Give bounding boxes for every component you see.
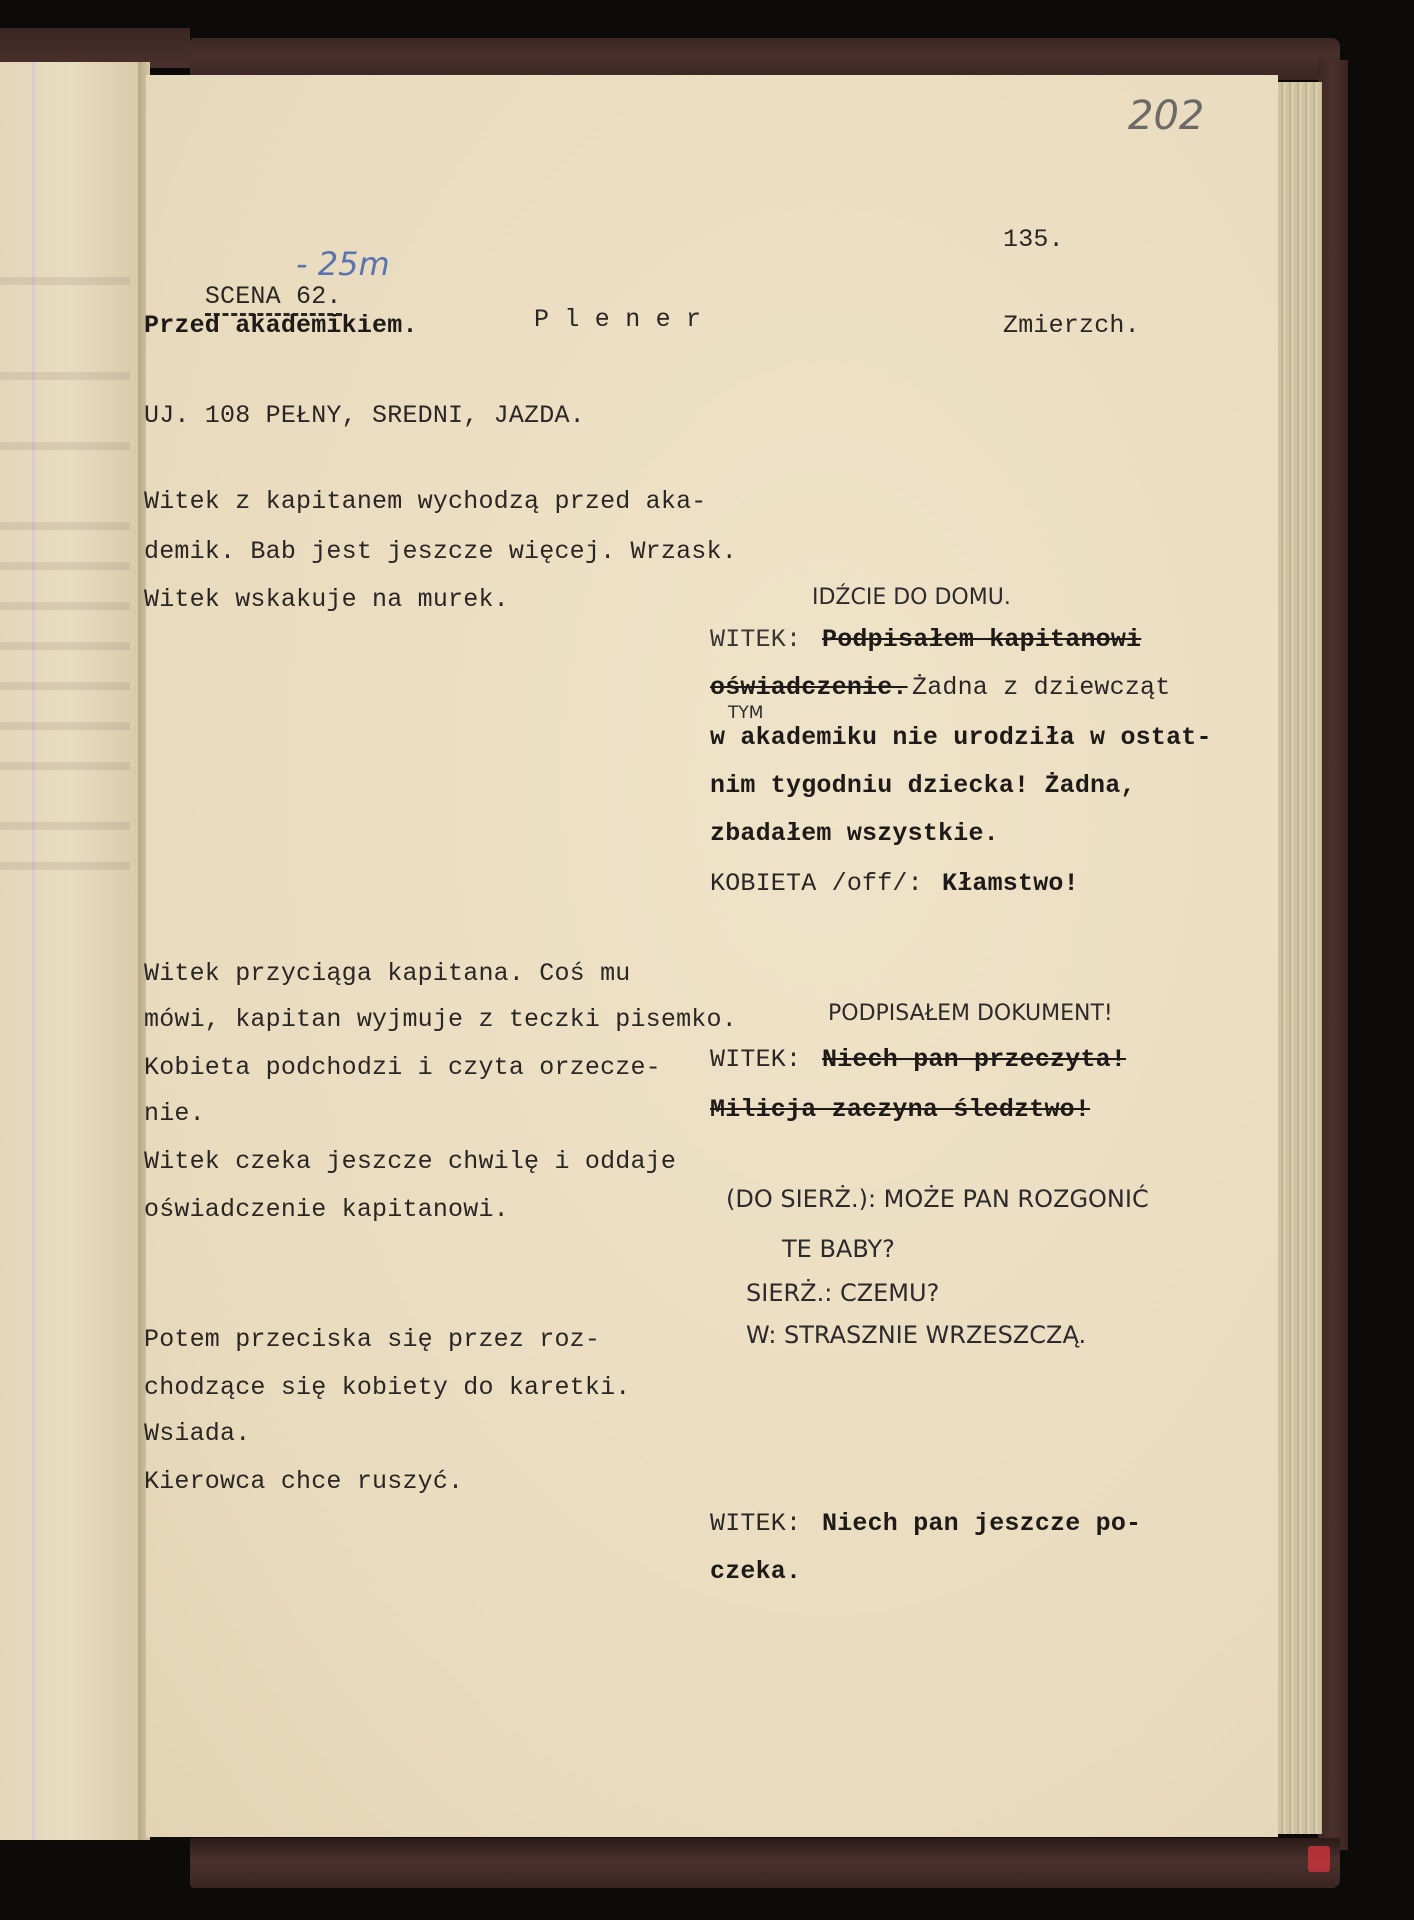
scene-duration-note: - 25m xyxy=(296,245,390,283)
dialogue-line: Żadna z dziewcząt xyxy=(912,673,1170,702)
bleed-through-line xyxy=(0,442,130,450)
dialogue-line: nim tygodniu dziecka! Żadna, xyxy=(710,771,1136,800)
bleed-through-line xyxy=(0,722,130,730)
bleed-through-line xyxy=(0,562,130,570)
book-cover-top xyxy=(190,38,1340,80)
action-line: Potem przeciska się przez roz- xyxy=(144,1325,600,1354)
scene-location: Przed akademikiem. xyxy=(144,311,418,340)
action-line: Witek wskakuje na murek. xyxy=(144,585,509,614)
action-line: Kierowca chce ruszyć. xyxy=(144,1467,463,1496)
book-cover-bottom xyxy=(190,1838,1340,1888)
action-line: Witek czeka jeszcze chwilę i oddaje xyxy=(144,1147,676,1176)
left-page-facing xyxy=(0,62,142,1840)
bleed-through-line xyxy=(0,372,130,380)
bleed-through-line xyxy=(0,277,130,285)
dialogue-speaker: WITEK: xyxy=(710,1509,801,1538)
handwritten-line: SIERŻ.: CZEMU? xyxy=(746,1279,939,1307)
handwritten-line: W: STRASZNIE WRZESZCZĄ. xyxy=(746,1321,1086,1349)
handwritten-line: TE BABY? xyxy=(782,1235,895,1263)
handwritten-insert: IDŹCIE DO DOMU. xyxy=(812,585,1011,610)
dialogue-line: czeka. xyxy=(710,1557,801,1586)
dialogue-line: Kłamstwo! xyxy=(942,869,1079,898)
scene-time-of-day: Zmierzch. xyxy=(1003,311,1140,340)
handwritten-insert: PODPISAŁEM DOKUMENT! xyxy=(828,1001,1113,1026)
red-corner-mark xyxy=(1308,1846,1330,1872)
action-line: Kobieta podchodzi i czyta orzecze- xyxy=(144,1053,661,1082)
action-line: oświadczenie kapitanowi. xyxy=(144,1195,509,1224)
script-page: 202 135. SCENA 62. - 25m Przed akademiki… xyxy=(146,75,1278,1837)
action-line: Witek przyciąga kapitana. Coś mu xyxy=(144,959,630,988)
action-line: Wsiada. xyxy=(144,1419,250,1448)
book-cover-right xyxy=(1318,60,1348,1850)
bleed-through-line xyxy=(0,602,130,610)
action-line: mówi, kapitan wyjmuje z teczki pisemko. xyxy=(144,1005,737,1034)
scene-setting: P l e n e r xyxy=(534,305,701,334)
bleed-through-line xyxy=(0,822,130,830)
action-line: nie. xyxy=(144,1099,205,1128)
dialogue-speaker: WITEK: xyxy=(710,1045,801,1074)
binding-line xyxy=(32,62,35,1840)
handwritten-insert: TYM xyxy=(728,703,763,723)
dialogue-line: zbadałem wszystkie. xyxy=(710,819,999,848)
page-edges-stack xyxy=(1278,82,1322,1834)
struck-dialogue: Podpisałem kapitanowi xyxy=(822,625,1141,654)
bleed-through-line xyxy=(0,522,130,530)
bleed-through-line xyxy=(0,642,130,650)
dialogue-speaker: WITEK: xyxy=(710,625,801,654)
action-line: chodzące się kobiety do karetki. xyxy=(144,1373,630,1402)
action-line: demik. Bab jest jeszcze więcej. Wrzask. xyxy=(144,537,737,566)
struck-dialogue: Niech pan przeczyta! xyxy=(822,1045,1126,1074)
struck-dialogue: Milicja zaczyna śledztwo! xyxy=(710,1095,1090,1124)
dialogue-line: Niech pan jeszcze po- xyxy=(822,1509,1141,1538)
bleed-through-line xyxy=(0,762,130,770)
struck-dialogue: oświadczenie. xyxy=(710,673,908,702)
shot-description: UJ. 108 PEŁNY, SREDNI, JAZDA. xyxy=(144,401,585,430)
dialogue-line: w akademiku nie urodziła w ostat- xyxy=(710,723,1212,752)
bleed-through-line xyxy=(0,862,130,870)
handwritten-line: (DO SIERŻ.): MOŻE PAN ROZGONIĆ xyxy=(726,1185,1149,1213)
bleed-through-line xyxy=(0,682,130,690)
action-line: Witek z kapitanem wychodzą przed aka- xyxy=(144,487,707,516)
archive-page-number: 202 xyxy=(1128,93,1204,139)
dialogue-speaker: KOBIETA /off/: xyxy=(710,869,923,898)
page-number: 135. xyxy=(1003,225,1064,254)
